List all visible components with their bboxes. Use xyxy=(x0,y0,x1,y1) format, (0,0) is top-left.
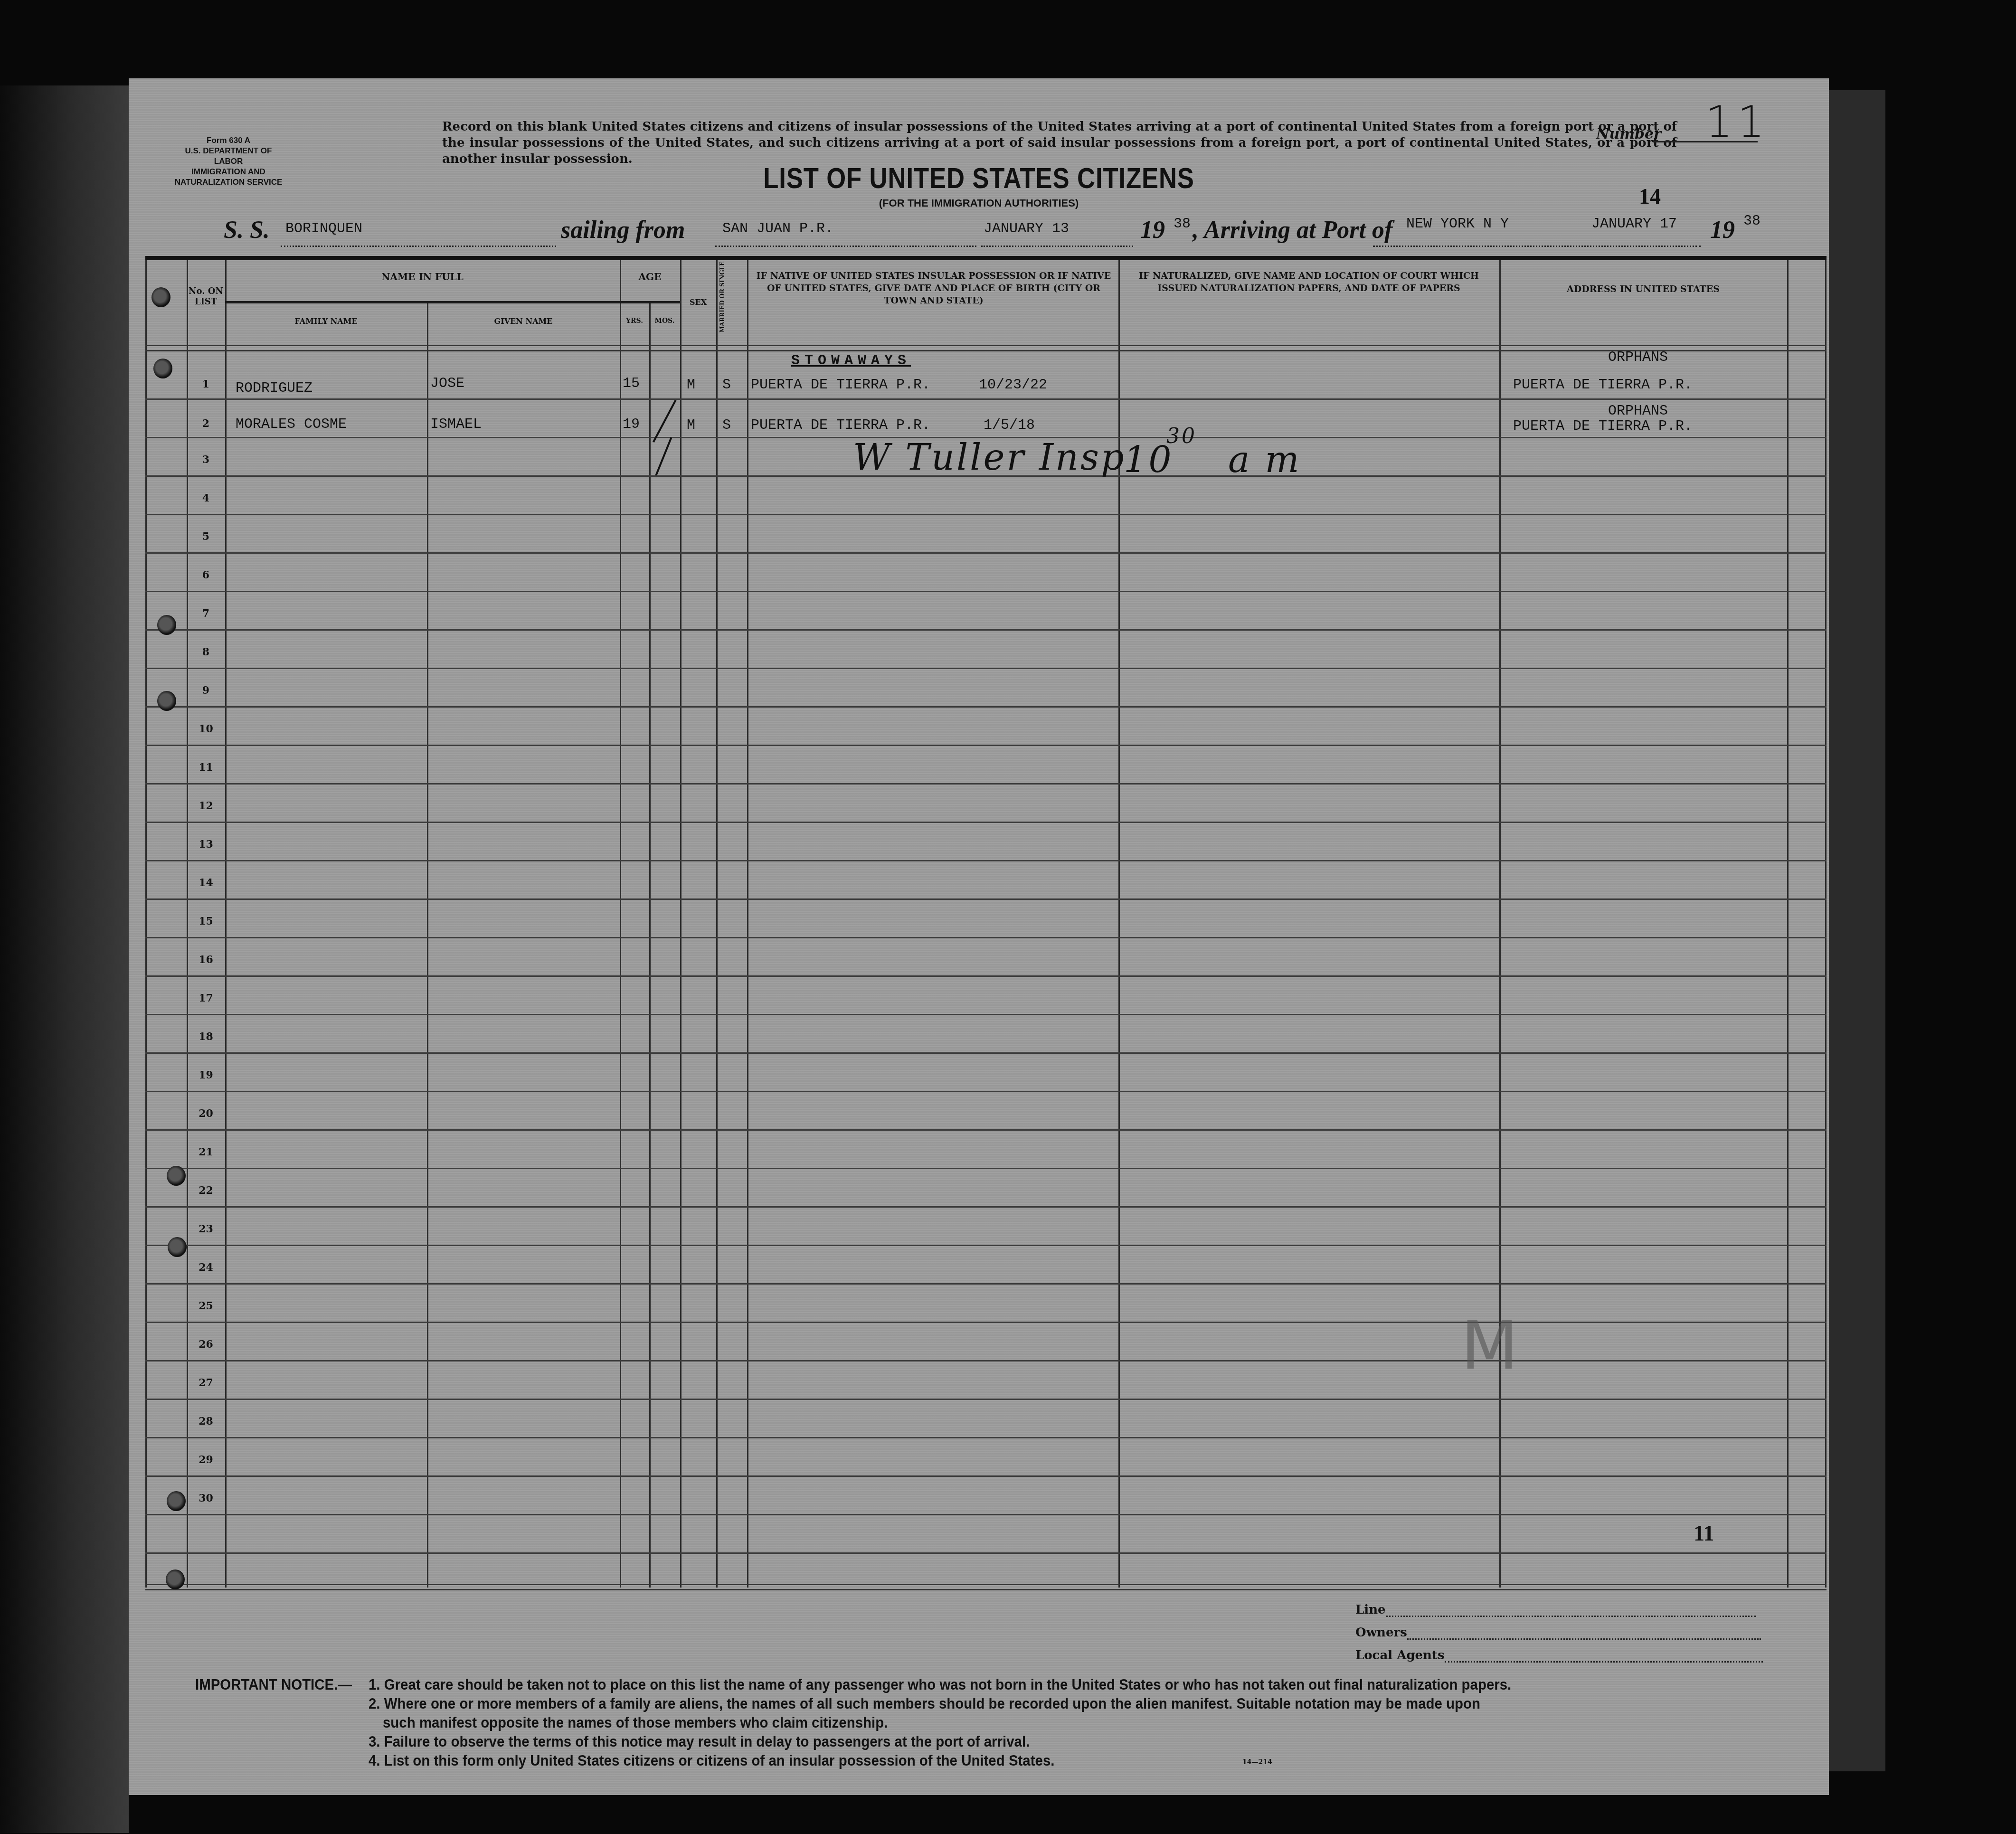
table-row: 25 xyxy=(145,1283,1827,1323)
header-family-name: FAMILY NAME xyxy=(225,315,427,328)
row-number: 16 xyxy=(187,954,225,966)
birthplace: PUERTA DE TIERRA P.R. xyxy=(751,377,930,393)
row-number: 10 xyxy=(187,723,225,735)
handwritten-minutes: 30 xyxy=(1166,424,1197,448)
table-row: 11 xyxy=(145,745,1827,785)
row-number: 1 xyxy=(187,378,225,390)
table-row: 9 xyxy=(145,668,1827,708)
header-address: ADDRESS IN UNITED STATES xyxy=(1499,283,1787,296)
header-married-or-single: MARRIED OR SINGLE xyxy=(719,262,726,333)
row-number: 13 xyxy=(187,838,225,851)
arrival-year-prefix: 19 xyxy=(1710,216,1735,244)
page-total: 11 xyxy=(1694,1521,1714,1546)
departure-port: SAN JUAN P.R. xyxy=(722,221,833,237)
header-birthplace: IF NATIVE OF UNITED STATES INSULAR POSSE… xyxy=(753,270,1114,307)
header-given-name: GIVEN NAME xyxy=(427,315,620,328)
right-edge-shadow xyxy=(1828,90,1885,1771)
print-code: 14—214 xyxy=(1242,1758,1272,1766)
notice-item-4: 4. List on this form only United States … xyxy=(369,1751,1054,1770)
family-name: MORALES COSME xyxy=(236,416,347,433)
binding-hole xyxy=(168,1237,187,1257)
table-row: 8 xyxy=(145,629,1827,669)
row-number: 15 xyxy=(187,915,225,927)
owners-field: Owners xyxy=(1355,1626,1761,1640)
binding-hole xyxy=(167,1491,186,1511)
local-agents-label: Local Agents xyxy=(1355,1648,1445,1663)
row-number: 19 xyxy=(187,1069,225,1081)
row-number: 9 xyxy=(187,684,225,697)
table-row: 7 xyxy=(145,591,1827,631)
row-number: 6 xyxy=(187,569,225,581)
row-number: 25 xyxy=(187,1300,225,1312)
ss-label: S. S. xyxy=(224,216,270,244)
line-field: Line xyxy=(1355,1603,1756,1617)
manifest-page: Form 630 A U.S. DEPARTMENT OF LABOR IMMI… xyxy=(129,78,1829,1795)
stamp-number: 14 xyxy=(1639,184,1661,209)
marital-status: S xyxy=(722,417,731,434)
given-name: JOSE xyxy=(430,376,464,392)
birth-date: 10/23/22 xyxy=(979,377,1047,393)
row-number: 14 xyxy=(187,877,225,889)
header-no-on-list: No. ON LIST xyxy=(187,286,225,307)
table-row: 17 xyxy=(145,975,1827,1015)
notice-item-3: 3. Failure to observe the terms of this … xyxy=(369,1732,1030,1751)
address: PUERTA DE TIERRA P.R. xyxy=(1513,377,1693,393)
voyage-line: S. S. BORINQUEN sailing from SAN JUAN P.… xyxy=(129,216,1829,249)
row-number: 29 xyxy=(187,1454,225,1466)
address: PUERTA DE TIERRA P.R. xyxy=(1513,418,1693,435)
list-number-handwritten: 11 xyxy=(1705,97,1770,147)
row-number: 27 xyxy=(187,1377,225,1389)
arrival-underline xyxy=(1373,246,1701,247)
table-row: 23 xyxy=(145,1206,1827,1246)
binding-hole xyxy=(166,1569,185,1589)
binding-hole xyxy=(167,1166,186,1186)
handwritten-hour: 10 xyxy=(1124,438,1174,481)
header-name-in-full: NAME IN FULL xyxy=(225,271,620,284)
table-row: 28 xyxy=(145,1399,1827,1438)
address-note: ORPHANS xyxy=(1608,403,1668,419)
line-label: Line xyxy=(1355,1603,1386,1617)
page-title: LIST OF UNITED STATES CITIZENS xyxy=(256,161,1702,195)
table-row-blank: 11 xyxy=(145,1514,1827,1554)
header-sex: SEX xyxy=(680,296,716,309)
row-number: 8 xyxy=(187,646,225,658)
table-row: 12 xyxy=(145,783,1827,823)
table-row: 6 xyxy=(145,552,1827,592)
binding-edge xyxy=(0,85,129,1833)
row-number: 7 xyxy=(187,607,225,620)
table-row: 14 xyxy=(145,860,1827,900)
local-agents-blank xyxy=(1445,1661,1763,1663)
table-row: 24 xyxy=(145,1245,1827,1285)
table-row: 18 xyxy=(145,1014,1827,1054)
form-instructions: Record on this blank United States citiz… xyxy=(442,119,1677,167)
port-underline xyxy=(715,246,976,247)
binding-hole xyxy=(153,359,172,378)
departure-date: JANUARY 13 xyxy=(984,221,1069,237)
row-number: 2 xyxy=(187,417,225,430)
birthplace: PUERTA DE TIERRA P.R. xyxy=(751,417,930,434)
row-number: 23 xyxy=(187,1223,225,1235)
header-naturalized: IF NATURALIZED, GIVE NAME AND LOCATION O… xyxy=(1128,270,1489,294)
row-number: 20 xyxy=(187,1107,225,1120)
number-label: Number xyxy=(1596,126,1661,142)
departure-year: 38 xyxy=(1174,216,1191,232)
date-underline xyxy=(981,246,1133,247)
sex: M xyxy=(687,417,695,434)
row-number: 26 xyxy=(187,1338,225,1351)
age-years: 15 xyxy=(623,376,640,392)
table-row: 27 xyxy=(145,1360,1827,1400)
given-name: ISMAEL xyxy=(430,416,482,433)
notice-item-2-cont: such manifest opposite the names of thos… xyxy=(383,1713,888,1732)
binding-hole xyxy=(157,615,176,635)
row-number: 12 xyxy=(187,800,225,812)
table-row: 2 MORALES COSME ISMAEL 19 M S PUERTA DE … xyxy=(145,398,1827,438)
notice-item-1: 1. Great care should be taken not to pla… xyxy=(369,1675,1511,1694)
age-years: 19 xyxy=(623,416,640,433)
table-row: 19 xyxy=(145,1052,1827,1092)
arrival-year: 38 xyxy=(1743,213,1760,229)
table-row: 13 xyxy=(145,822,1827,861)
binding-hole xyxy=(157,691,176,711)
row-number: 21 xyxy=(187,1146,225,1158)
arriving-label: , Arriving at Port of xyxy=(1193,216,1392,244)
sailing-from-label: sailing from xyxy=(561,216,685,244)
page-subtitle: (FOR THE IMMIGRATION AUTHORITIES) xyxy=(129,197,1829,209)
notice-heading: IMPORTANT NOTICE.— xyxy=(195,1675,352,1694)
table-row: 30 xyxy=(145,1475,1827,1515)
arrival-date: JANUARY 17 xyxy=(1591,216,1677,232)
row-number: 11 xyxy=(187,761,225,774)
local-agents-field: Local Agents xyxy=(1355,1648,1763,1663)
owners-blank xyxy=(1407,1638,1761,1640)
row-number: 22 xyxy=(187,1184,225,1197)
table-row: 26 xyxy=(145,1322,1827,1361)
ship-name: BORINQUEN xyxy=(285,221,362,237)
family-name: RODRIGUEZ xyxy=(236,380,312,397)
header-rule xyxy=(145,256,1827,260)
handwritten-ampm: a m xyxy=(1228,438,1301,481)
table-row: 5 xyxy=(145,514,1827,554)
arrival-port: NEW YORK N Y xyxy=(1406,216,1509,232)
inspector-signature: W Tuller Insp xyxy=(853,436,1126,478)
line-blank xyxy=(1386,1616,1756,1617)
header-mos: MOS. xyxy=(649,315,680,328)
header-age: AGE xyxy=(620,271,680,284)
birth-date: 1/5/18 xyxy=(984,417,1035,434)
table-bottom-rule xyxy=(145,1584,1827,1590)
row-number: 3 xyxy=(187,454,225,466)
marital-status: S xyxy=(722,377,731,393)
table-row: 15 xyxy=(145,898,1827,938)
table-row: 21 xyxy=(145,1129,1827,1169)
name-header-rule xyxy=(225,301,680,303)
passenger-table: No. ON LIST NAME IN FULL FAMILY NAME GIV… xyxy=(145,260,1827,1588)
table-row: 10 xyxy=(145,706,1827,746)
form-number: Form 630 A xyxy=(171,135,285,146)
row-number: 30 xyxy=(187,1492,225,1504)
binding-hole xyxy=(151,287,170,307)
notice-item-2: 2. Where one or more members of a family… xyxy=(369,1694,1480,1713)
sex: M xyxy=(687,377,695,393)
table-row: 1 RODRIGUEZ JOSE 15 M S PUERTA DE TIERRA… xyxy=(145,350,1827,400)
row-number: 17 xyxy=(187,992,225,1004)
row-number: 28 xyxy=(187,1415,225,1427)
ship-underline xyxy=(281,246,556,247)
row-number: 18 xyxy=(187,1030,225,1043)
pencil-scribble: M xyxy=(1461,1307,1518,1385)
row-number: 24 xyxy=(187,1261,225,1274)
table-row: 16 xyxy=(145,937,1827,977)
address-note: ORPHANS xyxy=(1608,350,1668,366)
header-yrs: YRS. xyxy=(620,315,649,328)
table-row: 29 xyxy=(145,1437,1827,1477)
table-row: 4 xyxy=(145,475,1827,515)
table-row: 22 xyxy=(145,1168,1827,1208)
row-number: 4 xyxy=(187,492,225,504)
owners-label: Owners xyxy=(1355,1626,1407,1640)
table-row: 20 xyxy=(145,1091,1827,1131)
row-number: 5 xyxy=(187,530,225,543)
departure-year-prefix: 19 xyxy=(1140,216,1165,244)
